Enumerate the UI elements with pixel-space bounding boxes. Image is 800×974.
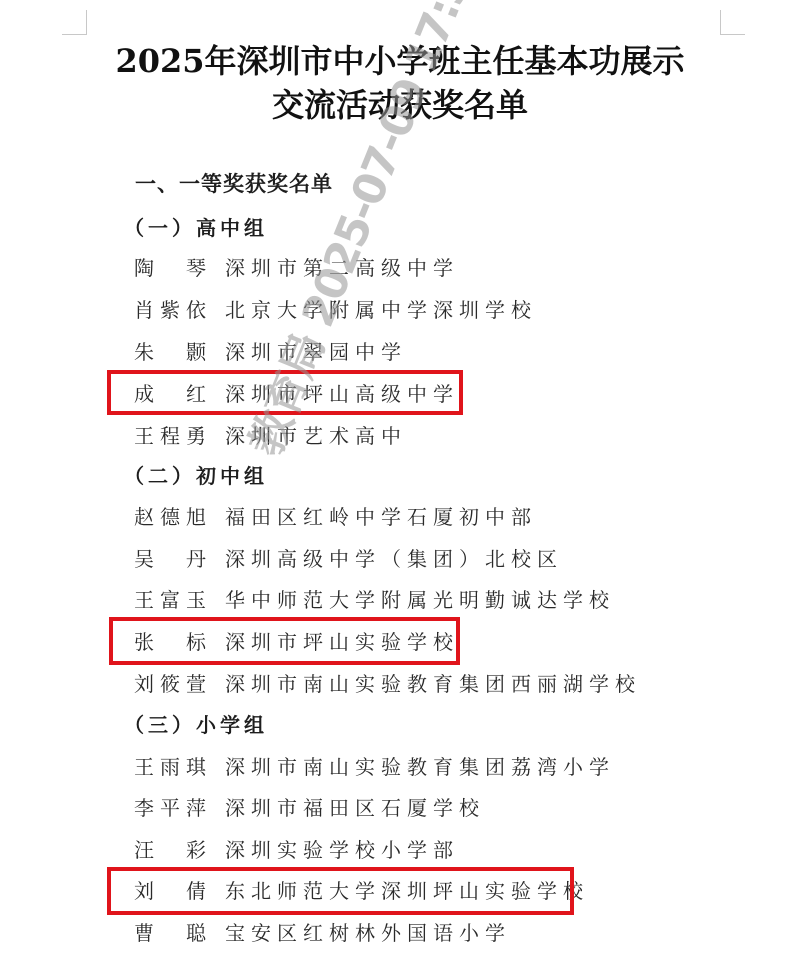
group-label-middle-school: （二）初中组 (124, 460, 268, 489)
awardee-school: 深圳高级中学（集团）北校区 (225, 543, 563, 572)
awardee-name: 曹 聪 (134, 917, 204, 946)
awardee-school: 北京大学附属中学深圳学校 (225, 294, 537, 323)
awardee-name: 吴 丹 (134, 543, 204, 572)
crop-mark-top-left (62, 10, 87, 35)
awardee-school: 深圳市南山实验教育集团荔湾小学 (225, 751, 615, 780)
group-label-primary-school: （三）小学组 (124, 709, 268, 738)
awardee-school: 深圳市南山实验教育集团西丽湖学校 (225, 668, 641, 697)
awardee-name: 刘筱萱 (134, 668, 204, 697)
section-title-first-prize: 一、一等奖获奖名单 (135, 168, 333, 198)
awardee-name: 王富玉 (134, 584, 204, 613)
awardee-name: 王程勇 (134, 420, 204, 449)
awardee-school: 宝安区红树林外国语小学 (225, 917, 511, 946)
highlight-box (107, 867, 574, 915)
group-label-high-school: （一）高中组 (124, 212, 268, 241)
awardee-name: 李平萍 (134, 792, 204, 821)
awardee-school: 深圳市福田区石厦学校 (225, 792, 485, 821)
awardee-name: 肖紫依 (134, 294, 204, 323)
highlight-box (109, 617, 460, 665)
awardee-school: 福田区红岭中学石厦初中部 (225, 501, 537, 530)
awardee-name: 王雨琪 (134, 751, 204, 780)
awardee-school: 深圳实验学校小学部 (225, 834, 459, 863)
awardee-school: 华中师范大学附属光明勤诚达学校 (225, 584, 615, 613)
awardee-name: 赵德旭 (134, 501, 204, 530)
awardee-name: 朱 颢 (134, 336, 204, 365)
awardee-name: 汪 彩 (134, 834, 204, 863)
crop-mark-top-right (720, 10, 745, 35)
awardee-name: 陶 琴 (134, 252, 204, 281)
